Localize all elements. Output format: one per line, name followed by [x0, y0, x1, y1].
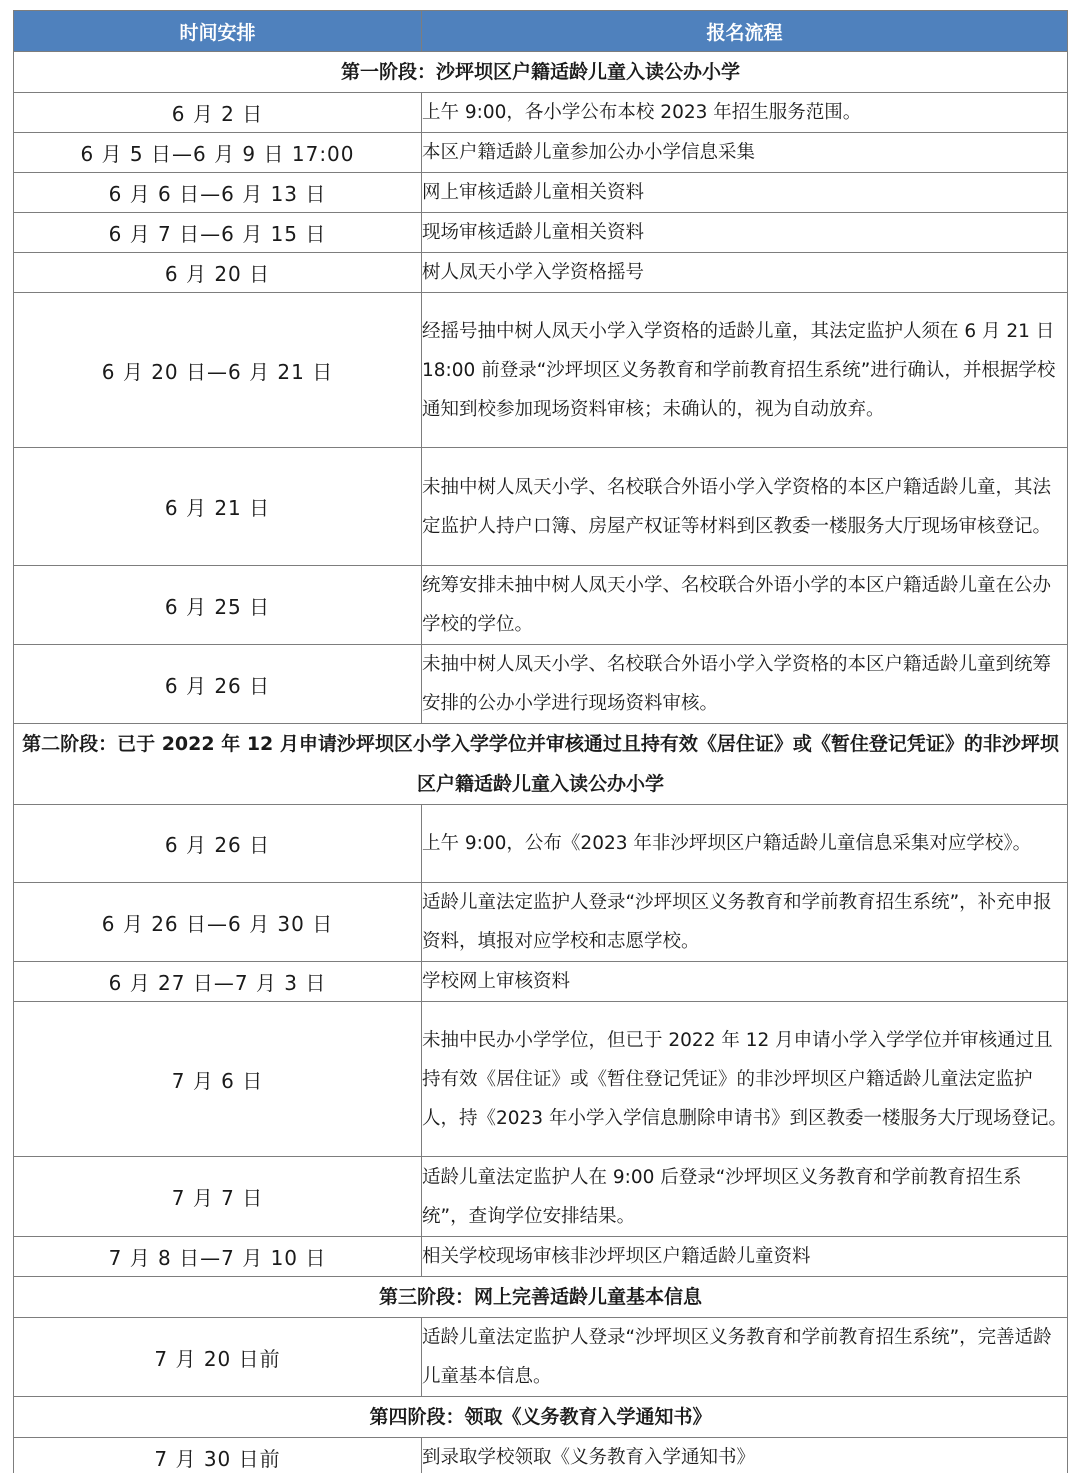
date-cell: 7 月 20 日前	[14, 1318, 422, 1397]
stage-title: 第二阶段：已于 2022 年 12 月申请沙坪坝区小学入学学位并审核通过且持有效…	[14, 724, 1068, 805]
table-row: 6 月 26 日 未抽中树人凤天小学、名校联合外语小学入学资格的本区户籍适龄儿童…	[14, 645, 1068, 724]
description-cell: 相关学校现场审核非沙坪坝区户籍适龄儿童资料	[422, 1237, 1068, 1277]
date-cell: 6 月 2 日	[14, 93, 422, 133]
table-row: 6 月 2 日 上午 9:00，各小学公布本校 2023 年招生服务范围。	[14, 93, 1068, 133]
date-cell: 6 月 7 日—6 月 15 日	[14, 213, 422, 253]
description-cell: 适龄儿童法定监护人登录“沙坪坝区义务教育和学前教育招生系统”，完善适龄儿童基本信…	[422, 1318, 1068, 1397]
description-cell: 适龄儿童法定监护人登录“沙坪坝区义务教育和学前教育招生系统”，补充申报资料，填报…	[422, 883, 1068, 962]
stage-row: 第二阶段：已于 2022 年 12 月申请沙坪坝区小学入学学位并审核通过且持有效…	[14, 724, 1068, 805]
date-cell: 6 月 27 日—7 月 3 日	[14, 962, 422, 1002]
description-cell: 本区户籍适龄儿童参加公办小学信息采集	[422, 133, 1068, 173]
date-cell: 7 月 30 日前	[14, 1438, 422, 1473]
description-cell: 统筹安排未抽中树人凤天小学、名校联合外语小学的本区户籍适龄儿童在公办学校的学位。	[422, 566, 1068, 645]
table-row: 6 月 5 日—6 月 9 日 17:00 本区户籍适龄儿童参加公办小学信息采集	[14, 133, 1068, 173]
date-cell: 7 月 8 日—7 月 10 日	[14, 1237, 422, 1277]
description-cell: 未抽中民办小学学位，但已于 2022 年 12 月申请小学入学学位并审核通过且持…	[422, 1002, 1068, 1157]
date-cell: 6 月 20 日	[14, 253, 422, 293]
description-cell: 现场审核适龄儿童相关资料	[422, 213, 1068, 253]
description-cell: 上午 9:00，各小学公布本校 2023 年招生服务范围。	[422, 93, 1068, 133]
description-cell: 经摇号抽中树人凤天小学入学资格的适龄儿童，其法定监护人须在 6 月 21 日 1…	[422, 293, 1068, 448]
table-row: 7 月 20 日前 适龄儿童法定监护人登录“沙坪坝区义务教育和学前教育招生系统”…	[14, 1318, 1068, 1397]
date-cell: 6 月 21 日	[14, 448, 422, 566]
enrollment-schedule-table: 时间安排 报名流程 第一阶段：沙坪坝区户籍适龄儿童入读公办小学 6 月 2 日 …	[13, 10, 1068, 1473]
stage-row: 第四阶段：领取《义务教育入学通知书》	[14, 1397, 1068, 1438]
date-cell: 6 月 25 日	[14, 566, 422, 645]
table-row: 6 月 6 日—6 月 13 日 网上审核适龄儿童相关资料	[14, 173, 1068, 213]
stage-title: 第一阶段：沙坪坝区户籍适龄儿童入读公办小学	[14, 52, 1068, 93]
table-row: 6 月 26 日 上午 9:00，公布《2023 年非沙坪坝区户籍适龄儿童信息采…	[14, 805, 1068, 883]
table-row: 6 月 26 日—6 月 30 日 适龄儿童法定监护人登录“沙坪坝区义务教育和学…	[14, 883, 1068, 962]
column-header-process: 报名流程	[422, 11, 1068, 52]
table-row: 6 月 21 日 未抽中树人凤天小学、名校联合外语小学入学资格的本区户籍适龄儿童…	[14, 448, 1068, 566]
table-header-row: 时间安排 报名流程	[14, 11, 1068, 52]
description-cell: 树人凤天小学入学资格摇号	[422, 253, 1068, 293]
description-cell: 未抽中树人凤天小学、名校联合外语小学入学资格的本区户籍适龄儿童，其法定监护人持户…	[422, 448, 1068, 566]
stage-title: 第三阶段：网上完善适龄儿童基本信息	[14, 1277, 1068, 1318]
date-cell: 6 月 26 日	[14, 805, 422, 883]
description-cell: 网上审核适龄儿童相关资料	[422, 173, 1068, 213]
table-row: 7 月 30 日前 到录取学校领取《义务教育入学通知书》	[14, 1438, 1068, 1473]
date-cell: 7 月 6 日	[14, 1002, 422, 1157]
description-cell: 上午 9:00，公布《2023 年非沙坪坝区户籍适龄儿童信息采集对应学校》。	[422, 805, 1068, 883]
date-cell: 6 月 26 日	[14, 645, 422, 724]
table-row: 7 月 7 日 适龄儿童法定监护人在 9:00 后登录“沙坪坝区义务教育和学前教…	[14, 1157, 1068, 1237]
date-cell: 6 月 20 日—6 月 21 日	[14, 293, 422, 448]
table-row: 7 月 6 日 未抽中民办小学学位，但已于 2022 年 12 月申请小学入学学…	[14, 1002, 1068, 1157]
stage-row: 第一阶段：沙坪坝区户籍适龄儿童入读公办小学	[14, 52, 1068, 93]
table-row: 6 月 20 日—6 月 21 日 经摇号抽中树人凤天小学入学资格的适龄儿童，其…	[14, 293, 1068, 448]
table-row: 6 月 25 日 统筹安排未抽中树人凤天小学、名校联合外语小学的本区户籍适龄儿童…	[14, 566, 1068, 645]
table-row: 6 月 20 日 树人凤天小学入学资格摇号	[14, 253, 1068, 293]
table-row: 6 月 7 日—6 月 15 日 现场审核适龄儿童相关资料	[14, 213, 1068, 253]
table-row: 7 月 8 日—7 月 10 日 相关学校现场审核非沙坪坝区户籍适龄儿童资料	[14, 1237, 1068, 1277]
description-cell: 适龄儿童法定监护人在 9:00 后登录“沙坪坝区义务教育和学前教育招生系统”，查…	[422, 1157, 1068, 1237]
stage-title: 第四阶段：领取《义务教育入学通知书》	[14, 1397, 1068, 1438]
description-cell: 学校网上审核资料	[422, 962, 1068, 1002]
date-cell: 6 月 26 日—6 月 30 日	[14, 883, 422, 962]
table-row: 6 月 27 日—7 月 3 日 学校网上审核资料	[14, 962, 1068, 1002]
column-header-time: 时间安排	[14, 11, 422, 52]
description-cell: 到录取学校领取《义务教育入学通知书》	[422, 1438, 1068, 1473]
date-cell: 6 月 5 日—6 月 9 日 17:00	[14, 133, 422, 173]
description-cell: 未抽中树人凤天小学、名校联合外语小学入学资格的本区户籍适龄儿童到统筹安排的公办小…	[422, 645, 1068, 724]
date-cell: 6 月 6 日—6 月 13 日	[14, 173, 422, 213]
stage-row: 第三阶段：网上完善适龄儿童基本信息	[14, 1277, 1068, 1318]
date-cell: 7 月 7 日	[14, 1157, 422, 1237]
